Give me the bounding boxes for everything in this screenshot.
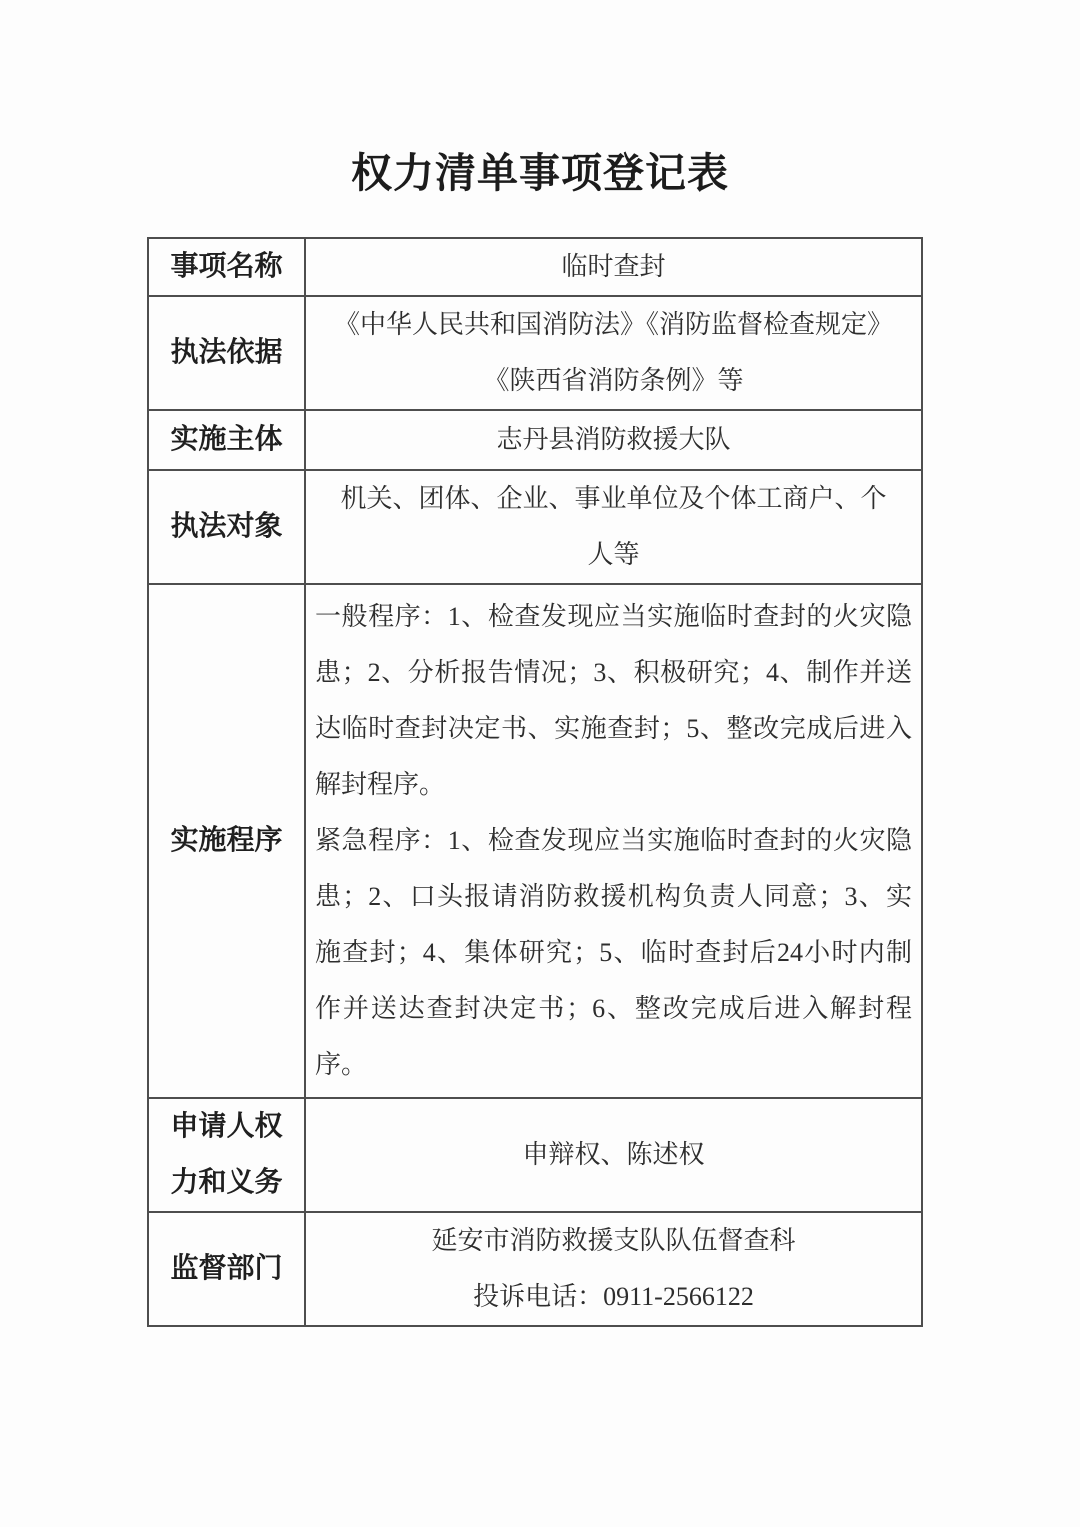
document-page: 权力清单事项登记表 事项名称 临时查封 执法依据 《中华人民共和国消防法》《消防… [0,0,1080,1527]
row-label: 事项名称 [148,238,305,296]
row-content: 申辩权、陈述权 [305,1098,922,1212]
row-label-text: 申请人权力和义务 [169,1099,285,1211]
row-content: 《中华人民共和国消防法》《消防监督检查规定》 《陕西省消防条例》等 [305,296,922,410]
row-label-text: 执法依据 [170,325,282,381]
table-row: 事项名称 临时查封 [148,238,922,296]
row-label-text: 事项名称 [170,239,282,295]
row-label-text: 执法对象 [170,499,282,555]
table-row: 申请人权力和义务 申辩权、陈述权 [148,1098,922,1212]
row-content: 机关、团体、企业、事业单位及个体工商户、个 人等 [305,470,922,584]
row-label: 实施主体 [148,410,305,470]
table-row: 监督部门 延安市消防救援支队队伍督查科 投诉电话：0911-2566122 [148,1212,922,1326]
row-label: 执法对象 [148,470,305,584]
registration-table: 事项名称 临时查封 执法依据 《中华人民共和国消防法》《消防监督检查规定》 《陕… [147,237,923,1327]
row-label-text: 实施主体 [170,412,282,468]
table-row: 执法对象 机关、团体、企业、事业单位及个体工商户、个 人等 [148,470,922,584]
table-row: 执法依据 《中华人民共和国消防法》《消防监督检查规定》 《陕西省消防条例》等 [148,296,922,410]
table-row: 实施主体 志丹县消防救援大队 [148,410,922,470]
row-label: 监督部门 [148,1212,305,1326]
row-label: 申请人权力和义务 [148,1098,305,1212]
row-content: 一般程序：1、检查发现应当实施临时查封的火灾隐患；2、分析报告情况；3、积极研究… [305,584,922,1098]
row-label-text: 实施程序 [170,813,282,869]
row-label: 实施程序 [148,584,305,1098]
table-row: 实施程序 一般程序：1、检查发现应当实施临时查封的火灾隐患；2、分析报告情况；3… [148,584,922,1098]
page-title: 权力清单事项登记表 [0,140,1080,199]
row-label: 执法依据 [148,296,305,410]
row-content: 志丹县消防救援大队 [305,410,922,470]
row-label-text: 监督部门 [170,1241,282,1297]
row-content: 延安市消防救援支队队伍督查科 投诉电话：0911-2566122 [305,1212,922,1326]
row-content: 临时查封 [305,238,922,296]
